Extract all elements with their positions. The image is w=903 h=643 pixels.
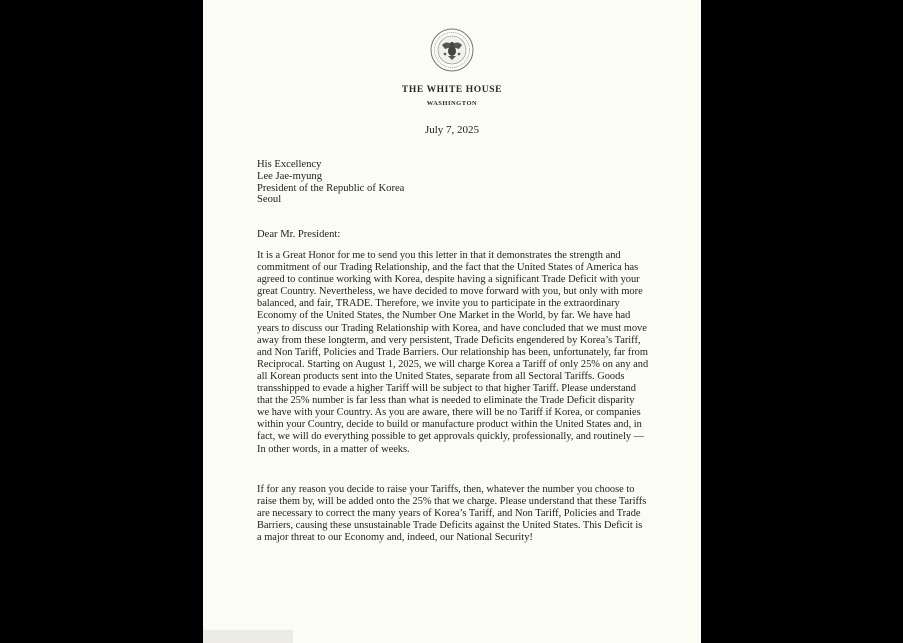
- recipient-line-3: President of the Republic of Korea: [257, 183, 404, 195]
- letter-date: July 7, 2025: [203, 124, 701, 136]
- scan-artifact: [203, 630, 293, 643]
- body-paragraph-1: It is a Great Honor for me to send you t…: [257, 250, 649, 456]
- recipient-line-1: His Excellency: [257, 159, 404, 171]
- recipient-line-4: Seoul: [257, 194, 404, 206]
- salutation: Dear Mr. President:: [257, 229, 340, 240]
- presidential-seal-icon: [429, 27, 475, 73]
- body-paragraph-2: If for any reason you decide to raise yo…: [257, 484, 649, 544]
- recipient-address: His Excellency Lee Jae-myung President o…: [257, 159, 404, 206]
- letterhead-title: THE WHITE HOUSE: [203, 85, 701, 95]
- recipient-line-2: Lee Jae-myung: [257, 171, 404, 183]
- letter-page: THE WHITE HOUSE WASHINGTON July 7, 2025 …: [203, 0, 701, 643]
- letterhead-location: WASHINGTON: [203, 100, 701, 107]
